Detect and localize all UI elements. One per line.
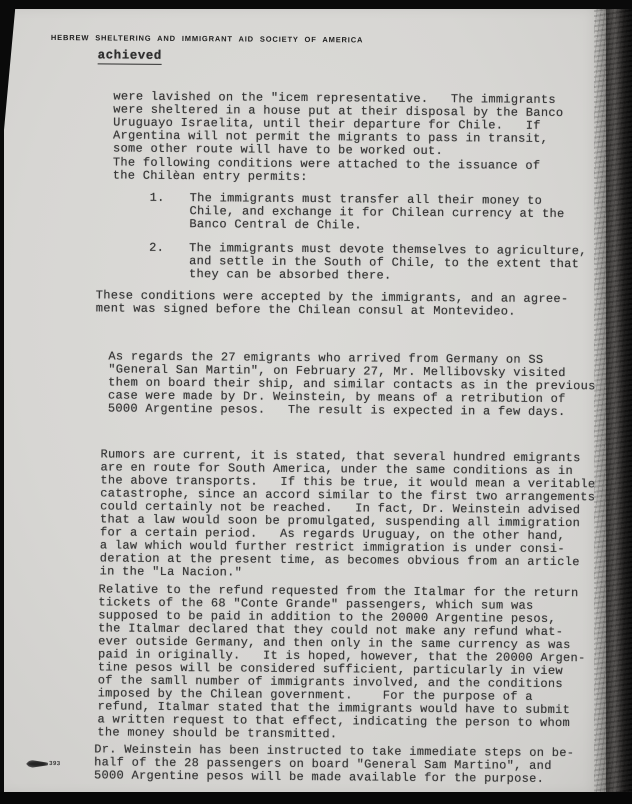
paragraph-rumors: Rumors are current, it is stated, that s… [100,448,596,582]
paragraph-san-martin: As regards the 27 emigrants who arrived … [108,350,596,419]
typed-content: HEBREW SHELTERING AND IMMIGRANT AID SOCI… [0,7,609,796]
condition-text: The immigrants must devote themselves to… [189,242,587,284]
stamp-number: 393 [49,761,61,767]
paragraph-refund: Relative to the refund requested from th… [97,583,586,743]
paragraph-conditions-lead: The following conditions were attached t… [113,156,541,185]
document-paper: HEBREW SHELTERING AND IMMIGRANT AID SOCI… [3,9,606,793]
scan-edge-top [0,0,632,9]
microfilm-stamp: 393 [26,760,61,768]
page-heading: achieved [98,48,162,65]
condition-item-1: 1. The immigrants must transfer all thei… [149,192,589,237]
condition-text: The immigrants must transfer all their m… [189,192,564,234]
scan-edge-bottom [0,792,632,804]
condition-number: 2. [149,242,164,255]
scan-edge-right [594,0,632,804]
paragraph-agreement: These conditions were accepted by the im… [96,289,569,319]
letterhead: HEBREW SHELTERING AND IMMIGRANT AID SOCI… [51,33,364,44]
scanned-document-page: HEBREW SHELTERING AND IMMIGRANT AID SOCI… [0,0,632,804]
condition-number: 1. [150,192,165,205]
paragraph-closing: Dr. Weinstein has been instructed to tak… [94,743,574,786]
paragraph-intro: were lavished on the "icem representativ… [113,90,564,159]
condition-item-2: 2. The immigrants must devote themselves… [149,242,589,287]
stamp-mark-icon [26,760,48,768]
